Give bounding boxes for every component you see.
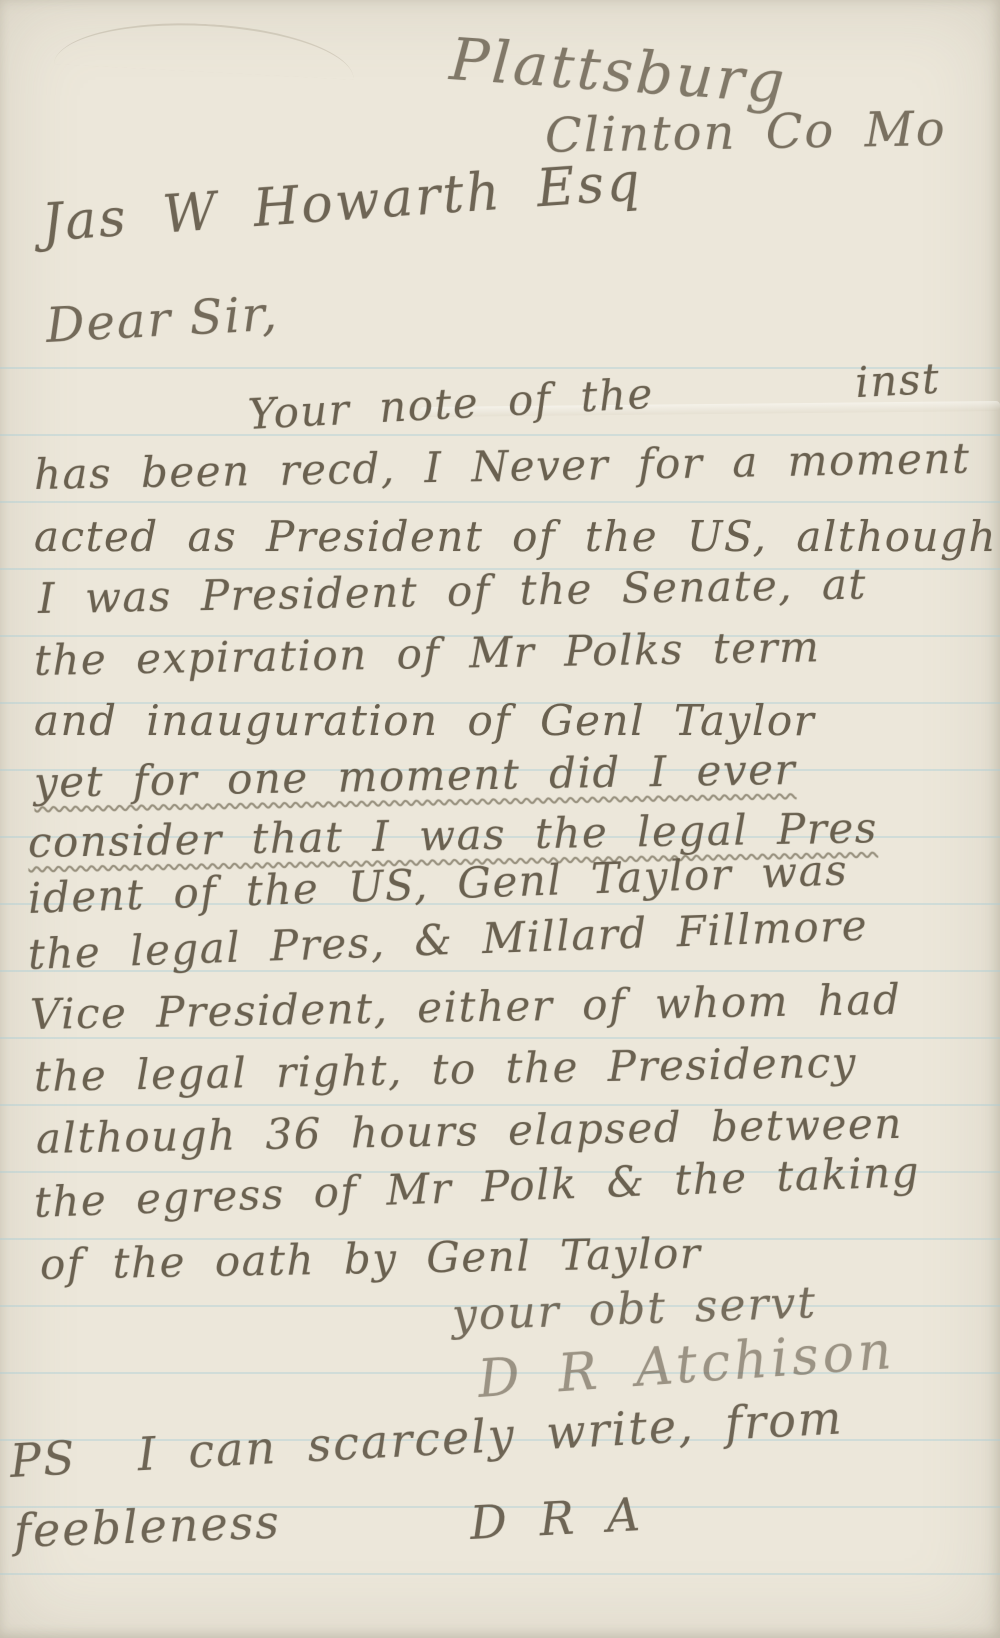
body-line: has been recd, I Never for a moment <box>34 438 971 496</box>
postscript-line: PS I can scarcely write, from <box>9 1394 845 1484</box>
recipient-line: Jas W Howarth Esq <box>40 156 644 250</box>
postscript-line: feebleness <box>13 1499 281 1554</box>
postscript-initials: D R A <box>469 1491 643 1546</box>
body-line: I was President of the Senate, at <box>38 564 868 620</box>
heading-place: Plattsburg <box>448 30 789 111</box>
heading-location: Clinton Co Mo <box>545 105 947 160</box>
body-line: acted as President of the US, although <box>34 516 997 558</box>
body-line: the legal right, to the Presidency <box>34 1042 858 1098</box>
letter-page: Plattsburg Clinton Co Mo Jas W Howarth E… <box>0 0 1000 1638</box>
body-line: Vice President, either of whom had <box>30 979 902 1036</box>
body-line-underlined: yet for one moment did I ever <box>34 749 797 804</box>
body-line: the expiration of Mr Polks term <box>34 626 821 682</box>
paper-crease <box>54 16 356 80</box>
salutation: Dear Sir, <box>45 290 280 350</box>
body-line: Your note of the inst <box>247 358 941 436</box>
body-line: the egress of Mr Polk & the taking <box>33 1151 921 1224</box>
body-line: of the oath by Genl Taylor <box>40 1232 702 1286</box>
body-line: and inauguration of Genl Taylor <box>34 700 815 742</box>
